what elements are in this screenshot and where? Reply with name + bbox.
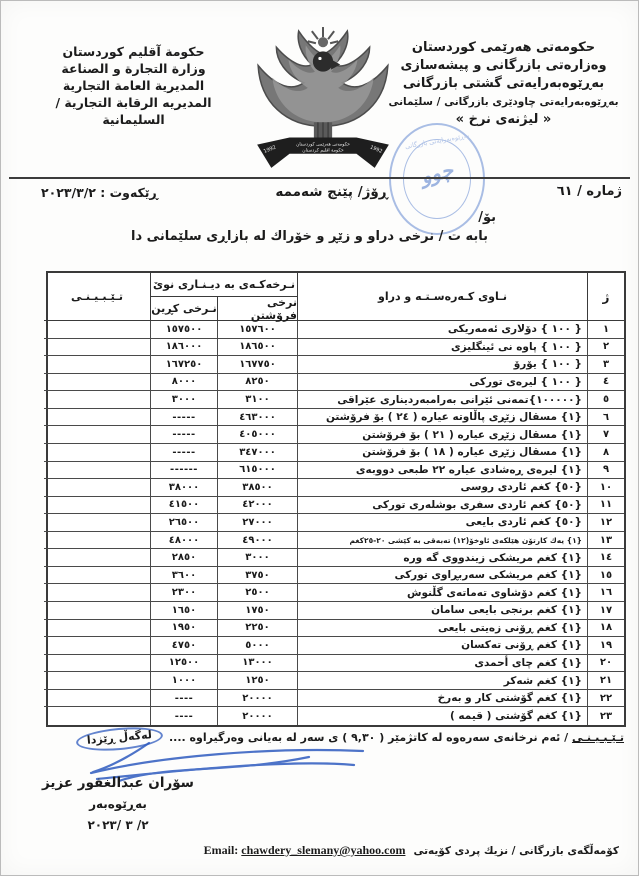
row-number-cell: ١: [587, 321, 624, 339]
note-cell: [44, 426, 150, 444]
row-number-cell: ١٢: [587, 514, 624, 532]
buy-price-cell: ٨٠٠٠: [150, 374, 217, 392]
item-name-cell: { ١٠٠ } پاوە نی ئینگلیزی: [297, 339, 587, 357]
buy-price-cell: ١٩٥٠: [150, 620, 217, 638]
email-address: chawdery_slemany@yahoo.com: [241, 843, 405, 857]
item-name-cell: {٥٠} كغم ئاردی سفری بوشلەری توركی: [297, 497, 587, 515]
row-number-cell: ٢٠: [587, 655, 624, 673]
note-cell: [44, 549, 150, 567]
sell-price-cell: ٤٢٠٠٠: [217, 497, 297, 515]
table-row: ١٠ {٥٠} كغم ئاردی روسی ٣٨٥٠٠ ٣٨٠٠٠: [48, 479, 624, 497]
row-number-cell: ٢١: [587, 672, 624, 690]
sell-price-cell: ٨٢٥٠: [217, 374, 297, 392]
email-text: Email: chawdery_slemany@yahoo.com: [204, 843, 406, 858]
header-kurdish-line: وەزارەتی بازرگانی و پیشەسازی: [381, 57, 626, 75]
header-arabic: حكومة آقليم كوردستان وزارة التجارة و الص…: [31, 43, 236, 128]
sell-price-cell: ٢٢٥٠: [217, 620, 297, 638]
table-row: ٨ {١} مسقال زێڕی عیارە ( ١٨ ) بۆ فرۆشتن …: [48, 444, 624, 462]
signer-block: سۆران عبدالغفور عزیز بەڕێوەبەر ٢/ ٣ /٢٠٢…: [18, 773, 218, 836]
buy-price-cell: -----: [150, 444, 217, 462]
item-name-cell: { ١٠٠ } لیرەی توركی: [297, 374, 587, 392]
subject-line: بابە ت / نرخی دراو و زێڕ و خۆراك لە بازا…: [131, 229, 488, 244]
row-number-cell: ١٦: [587, 584, 624, 602]
row-number-cell: ٤: [587, 374, 624, 392]
row-number-cell: ١٩: [587, 637, 624, 655]
price-table: ژ نـاوی كـەرەسـتـە و دراو نـرخەكـەی بە د…: [46, 271, 626, 727]
row-number-cell: ٣: [587, 356, 624, 374]
note-cell: [44, 339, 150, 357]
scanned-document-page: حكومة آقليم كوردستان وزارة التجارة و الص…: [0, 0, 639, 876]
sell-price-cell: ١٥٧٦٠٠: [217, 321, 297, 339]
buy-price-cell: ------: [150, 462, 217, 480]
price-committee-label: « لیژنەی نرخ »: [381, 111, 626, 129]
buy-price-cell: ٢٣٠٠: [150, 584, 217, 602]
table-row: ١ { ١٠٠ } دۆلاری ئەمەریكی ١٥٧٦٠٠ ١٥٧٥٠٠: [48, 321, 624, 339]
table-row: ٣ { ١٠٠ } یۆرۆ ١٦٧٧٥٠ ١٦٧٢٥٠: [48, 356, 624, 374]
item-name-cell: {١} یەك كارتۆن هێلكەی ئاوخۆ(١٢) تەبەقی ب…: [297, 532, 587, 550]
buy-price-cell: ١٨٦٠٠٠: [150, 339, 217, 357]
sell-price-cell: ٣٨٥٠٠: [217, 479, 297, 497]
row-number-cell: ١٣: [587, 532, 624, 550]
row-number-cell: ١١: [587, 497, 624, 515]
row-number-cell: ٧: [587, 426, 624, 444]
sell-price-cell: ١٨٦٥٠٠: [217, 339, 297, 357]
sell-price-cell: ١٦٧٧٥٠: [217, 356, 297, 374]
table-row: ١٢ {٥٠} كغم ئاردی بایعی ٢٧٠٠٠ ٢٦٥٠٠: [48, 514, 624, 532]
sell-price-cell: ٣٤٧٠٠٠: [217, 444, 297, 462]
sell-price-cell: ١٢٥٠: [217, 672, 297, 690]
buy-price-cell: ١٦٧٢٥٠: [150, 356, 217, 374]
buy-price-cell: ١٠٠٠: [150, 672, 217, 690]
buy-price-cell: ١٥٧٥٠٠: [150, 321, 217, 339]
row-number-cell: ٩: [587, 462, 624, 480]
note-cell: [44, 584, 150, 602]
item-name-cell: {١} كغم مریشكی سەربڕاوی توركی: [297, 567, 587, 585]
price-table-body: ١ { ١٠٠ } دۆلاری ئەمەریكی ١٥٧٦٠٠ ١٥٧٥٠٠ …: [48, 321, 624, 725]
sell-price-cell: ١٧٥٠: [217, 602, 297, 620]
header-arabic-line: المديرية العامة التجارية: [31, 77, 236, 94]
table-row: ٢٠ {١} كغم چای أحمدی ١٣٠٠٠ ١٢٥٠٠: [48, 655, 624, 673]
row-number-cell: ٢: [587, 339, 624, 357]
header-kurdish: حكومەتی هەرێمی كوردستان وەزارەتی بازرگان…: [381, 39, 626, 129]
header-kurdish-line: بەڕێوەبەرایەتی چاودێری بازرگانی / سلێمان…: [381, 93, 626, 111]
table-row: ١٩ {١} كغم ڕۆنی تەكسان ٥٠٠٠ ٤٧٥٠: [48, 637, 624, 655]
sell-price-cell: ٣٠٠٠: [217, 549, 297, 567]
buy-price-cell: ٤٧٥٠: [150, 637, 217, 655]
signer-name: سۆران عبدالغفور عزیز: [18, 773, 218, 794]
row-number-cell: ٥: [587, 391, 624, 409]
item-name-cell: {١} مسقال زێڕی عیارە ( ٢١ ) بۆ فرۆشتن: [297, 426, 587, 444]
sell-price-cell: ٢٧٠٠٠: [217, 514, 297, 532]
buy-price-cell: ٣٠٠٠: [150, 391, 217, 409]
table-row: ١٥ {١} كغم مریشكی سەربڕاوی توركی ٣٧٥٠ ٣٦…: [48, 567, 624, 585]
buy-price-cell: ٣٦٠٠: [150, 567, 217, 585]
stamp-word: چوو: [388, 150, 487, 197]
to-label: بۆ/: [478, 210, 496, 225]
buy-price-cell: ٤٨٠٠٠: [150, 532, 217, 550]
document-date: ڕێكەوت : ٢٠٢٣/٣/٢: [41, 185, 158, 200]
table-row: ٢ { ١٠٠ } پاوە نی ئینگلیزی ١٨٦٥٠٠ ١٨٦٠٠٠: [48, 339, 624, 357]
item-name-cell: {١} لیرەی ڕەشادی عیارە ٢٢ طبعی دووبەی: [297, 462, 587, 480]
item-name-cell: {١} كغم ڕۆنی تەكسان: [297, 637, 587, 655]
note-cell: [44, 637, 150, 655]
note-cell: [44, 567, 150, 585]
buy-price-cell: -----: [150, 409, 217, 427]
row-number-cell: ٦: [587, 409, 624, 427]
emblem-ribbon-text-1: حكومەتی هەرێمی كوردستان: [296, 142, 350, 148]
document-day: ڕۆژ/ پێنج شەممە: [275, 184, 388, 200]
item-name-cell: {١} كغم شەكر: [297, 672, 587, 690]
row-number-cell: ٢٣: [587, 707, 624, 725]
column-header-buy: نـرخی كڕین: [150, 297, 217, 321]
table-row: ٢١ {١} كغم شەكر ١٢٥٠ ١٠٠٠: [48, 672, 624, 690]
row-number-cell: ٨: [587, 444, 624, 462]
sell-price-cell: ٦١٥٠٠٠: [217, 462, 297, 480]
item-name-cell: {١} كغم برنجی بایعی سامان: [297, 602, 587, 620]
table-row: ١٣ {١} یەك كارتۆن هێلكەی ئاوخۆ(١٢) تەبەق…: [48, 532, 624, 550]
header-kurdish-line: حكومەتی هەرێمی كوردستان: [381, 39, 626, 57]
buy-price-cell: ٣٨٠٠٠: [150, 479, 217, 497]
header-divider-rule: [9, 177, 630, 179]
sell-price-cell: ٤٩٠٠٠: [217, 532, 297, 550]
item-name-cell: {٥٠} كغم ئاردی روسی: [297, 479, 587, 497]
note-cell: [44, 479, 150, 497]
stamp-outer-circle: [389, 123, 485, 235]
item-name-cell: {١٠٠٠٠٠}تمەنی ئێرانی بەرامبەردیناری عێرا…: [297, 391, 587, 409]
price-table-header: ژ نـاوی كـەرەسـتـە و دراو نـرخەكـەی بە د…: [48, 273, 624, 321]
table-row: ١٦ {١} كغم دۆشاوی تەماتەی گڵنوش ٢٥٠٠ ٢٣٠…: [48, 584, 624, 602]
note-cell: [44, 655, 150, 673]
sell-price-cell: ٣١٠٠: [217, 391, 297, 409]
contact-line: كۆمەڵگەی بازرگانی / نزیك پردی كۆیەتی Ema…: [274, 843, 619, 858]
circular-ink-stamp: بەڕێوەبەرایەتی بازرگانی چوو: [389, 123, 485, 235]
sell-price-cell: ٤٦٣٠٠٠: [217, 409, 297, 427]
sell-price-cell: ٤٠٥٠٠٠: [217, 426, 297, 444]
emblem-ribbon-text-2: حكومة اقليم كردستان: [302, 148, 344, 154]
item-name-cell: { ١٠٠ } دۆلاری ئەمەریكی: [297, 321, 587, 339]
table-row: ٤ { ١٠٠ } لیرەی توركی ٨٢٥٠ ٨٠٠٠: [48, 374, 624, 392]
signer-title: بەڕێوەبەر: [18, 794, 218, 815]
item-name-cell: {١} كغم ڕۆنی زەیتی بایعی: [297, 620, 587, 638]
note-cell: [44, 391, 150, 409]
buy-price-cell: ٢٦٥٠٠: [150, 514, 217, 532]
buy-price-cell: ٢٨٥٠: [150, 549, 217, 567]
item-name-cell: {١} مسقال زێڕی پاڵاوتە عیارە ( ٢٤ ) بۆ ف…: [297, 409, 587, 427]
header-kurdish-line: بەڕێوەبەرایەتی گشتی بازرگانی: [381, 75, 626, 93]
header-arabic-line: المديريه الرقابة التجارية / السليمانية: [31, 94, 236, 128]
item-name-cell: { ١٠٠ } یۆرۆ: [297, 356, 587, 374]
signer-date: ٢/ ٣ /٢٠٢٣: [18, 815, 218, 836]
sell-price-cell: ١٣٠٠٠: [217, 655, 297, 673]
note-cell: [44, 514, 150, 532]
header-arabic-line: حكومة آقليم كوردستان: [31, 43, 236, 60]
note-cell: [44, 532, 150, 550]
column-header-no: ژ: [587, 273, 624, 321]
note-cell: [44, 444, 150, 462]
office-address: كۆمەڵگەی بازرگانی / نزیك پردی كۆیەتی: [413, 845, 619, 857]
item-name-cell: {١} كغم چای أحمدی: [297, 655, 587, 673]
note-cell: [44, 321, 150, 339]
table-row: ١٤ {١} كغم مریشكی زیندووی گە ورە ٣٠٠٠ ٢٨…: [48, 549, 624, 567]
table-row: ٦ {١} مسقال زێڕی پاڵاوتە عیارە ( ٢٤ ) بۆ…: [48, 409, 624, 427]
row-number-cell: ٢٢: [587, 690, 624, 708]
column-header-note: تـێـبـیـنـی: [44, 273, 150, 321]
column-header-name: نـاوی كـەرەسـتـە و دراو: [297, 273, 587, 321]
row-number-cell: ١٨: [587, 620, 624, 638]
sell-price-cell: ٥٠٠٠: [217, 637, 297, 655]
note-cell: [44, 620, 150, 638]
buy-price-cell: -----: [150, 426, 217, 444]
email-label: Email:: [204, 843, 239, 857]
table-row: ٩ {١} لیرەی ڕەشادی عیارە ٢٢ طبعی دووبەی …: [48, 462, 624, 480]
document-number: ژمارە / ٦١: [557, 184, 622, 199]
note-cell: [44, 672, 150, 690]
stamp-inner-circle: [403, 139, 471, 219]
table-row: ٧ {١} مسقال زێڕی عیارە ( ٢١ ) بۆ فرۆشتن …: [48, 426, 624, 444]
table-row: ٥ {١٠٠٠٠٠}تمەنی ئێرانی بەرامبەردیناری عێ…: [48, 391, 624, 409]
note-cell: [44, 497, 150, 515]
table-row: ١٧ {١} كغم برنجی بایعی سامان ١٧٥٠ ١٦٥٠: [48, 602, 624, 620]
buy-price-cell: ١٦٥٠: [150, 602, 217, 620]
table-row: ١٨ {١} كغم ڕۆنی زەیتی بایعی ٢٢٥٠ ١٩٥٠: [48, 620, 624, 638]
row-number-cell: ١٥: [587, 567, 624, 585]
table-row: ١١ {٥٠} كغم ئاردی سفری بوشلەری توركی ٤٢٠…: [48, 497, 624, 515]
item-name-cell: {١} كغم دۆشاوی تەماتەی گڵنوش: [297, 584, 587, 602]
note-cell: [44, 602, 150, 620]
note-cell: [44, 409, 150, 427]
item-name-cell: {١} كغم مریشكی زیندووی گە ورە: [297, 549, 587, 567]
buy-price-cell: ٤١٥٠٠: [150, 497, 217, 515]
item-name-cell: {١} مسقال زێڕی عیارە ( ١٨ ) بۆ فرۆشتن: [297, 444, 587, 462]
column-header-price-group: نـرخەكـەی بە دیـنـاری نوێ: [150, 273, 297, 297]
row-number-cell: ١٠: [587, 479, 624, 497]
stamp-arc-text: بەڕێوەبەرایەتی بازرگانی: [389, 129, 485, 154]
item-name-cell: {٥٠} كغم ئاردی بایعی: [297, 514, 587, 532]
buy-price-cell: ١٢٥٠٠: [150, 655, 217, 673]
note-cell: [44, 462, 150, 480]
header-arabic-line: وزارة التجارة و الصناعة: [31, 60, 236, 77]
sell-price-cell: ٢٥٠٠: [217, 584, 297, 602]
krg-eagle-emblem-icon: حكومەتی هەرێمی كوردستان حكومة اقليم كردس…: [247, 25, 399, 177]
note-cell: [44, 374, 150, 392]
note-prefix: تـێـبـیـنـی: [572, 731, 624, 744]
row-number-cell: ١٤: [587, 549, 624, 567]
column-header-sell: نرخی فرۆشتن: [217, 297, 297, 321]
note-cell: [44, 356, 150, 374]
sell-price-cell: ٣٧٥٠: [217, 567, 297, 585]
row-number-cell: ١٧: [587, 602, 624, 620]
